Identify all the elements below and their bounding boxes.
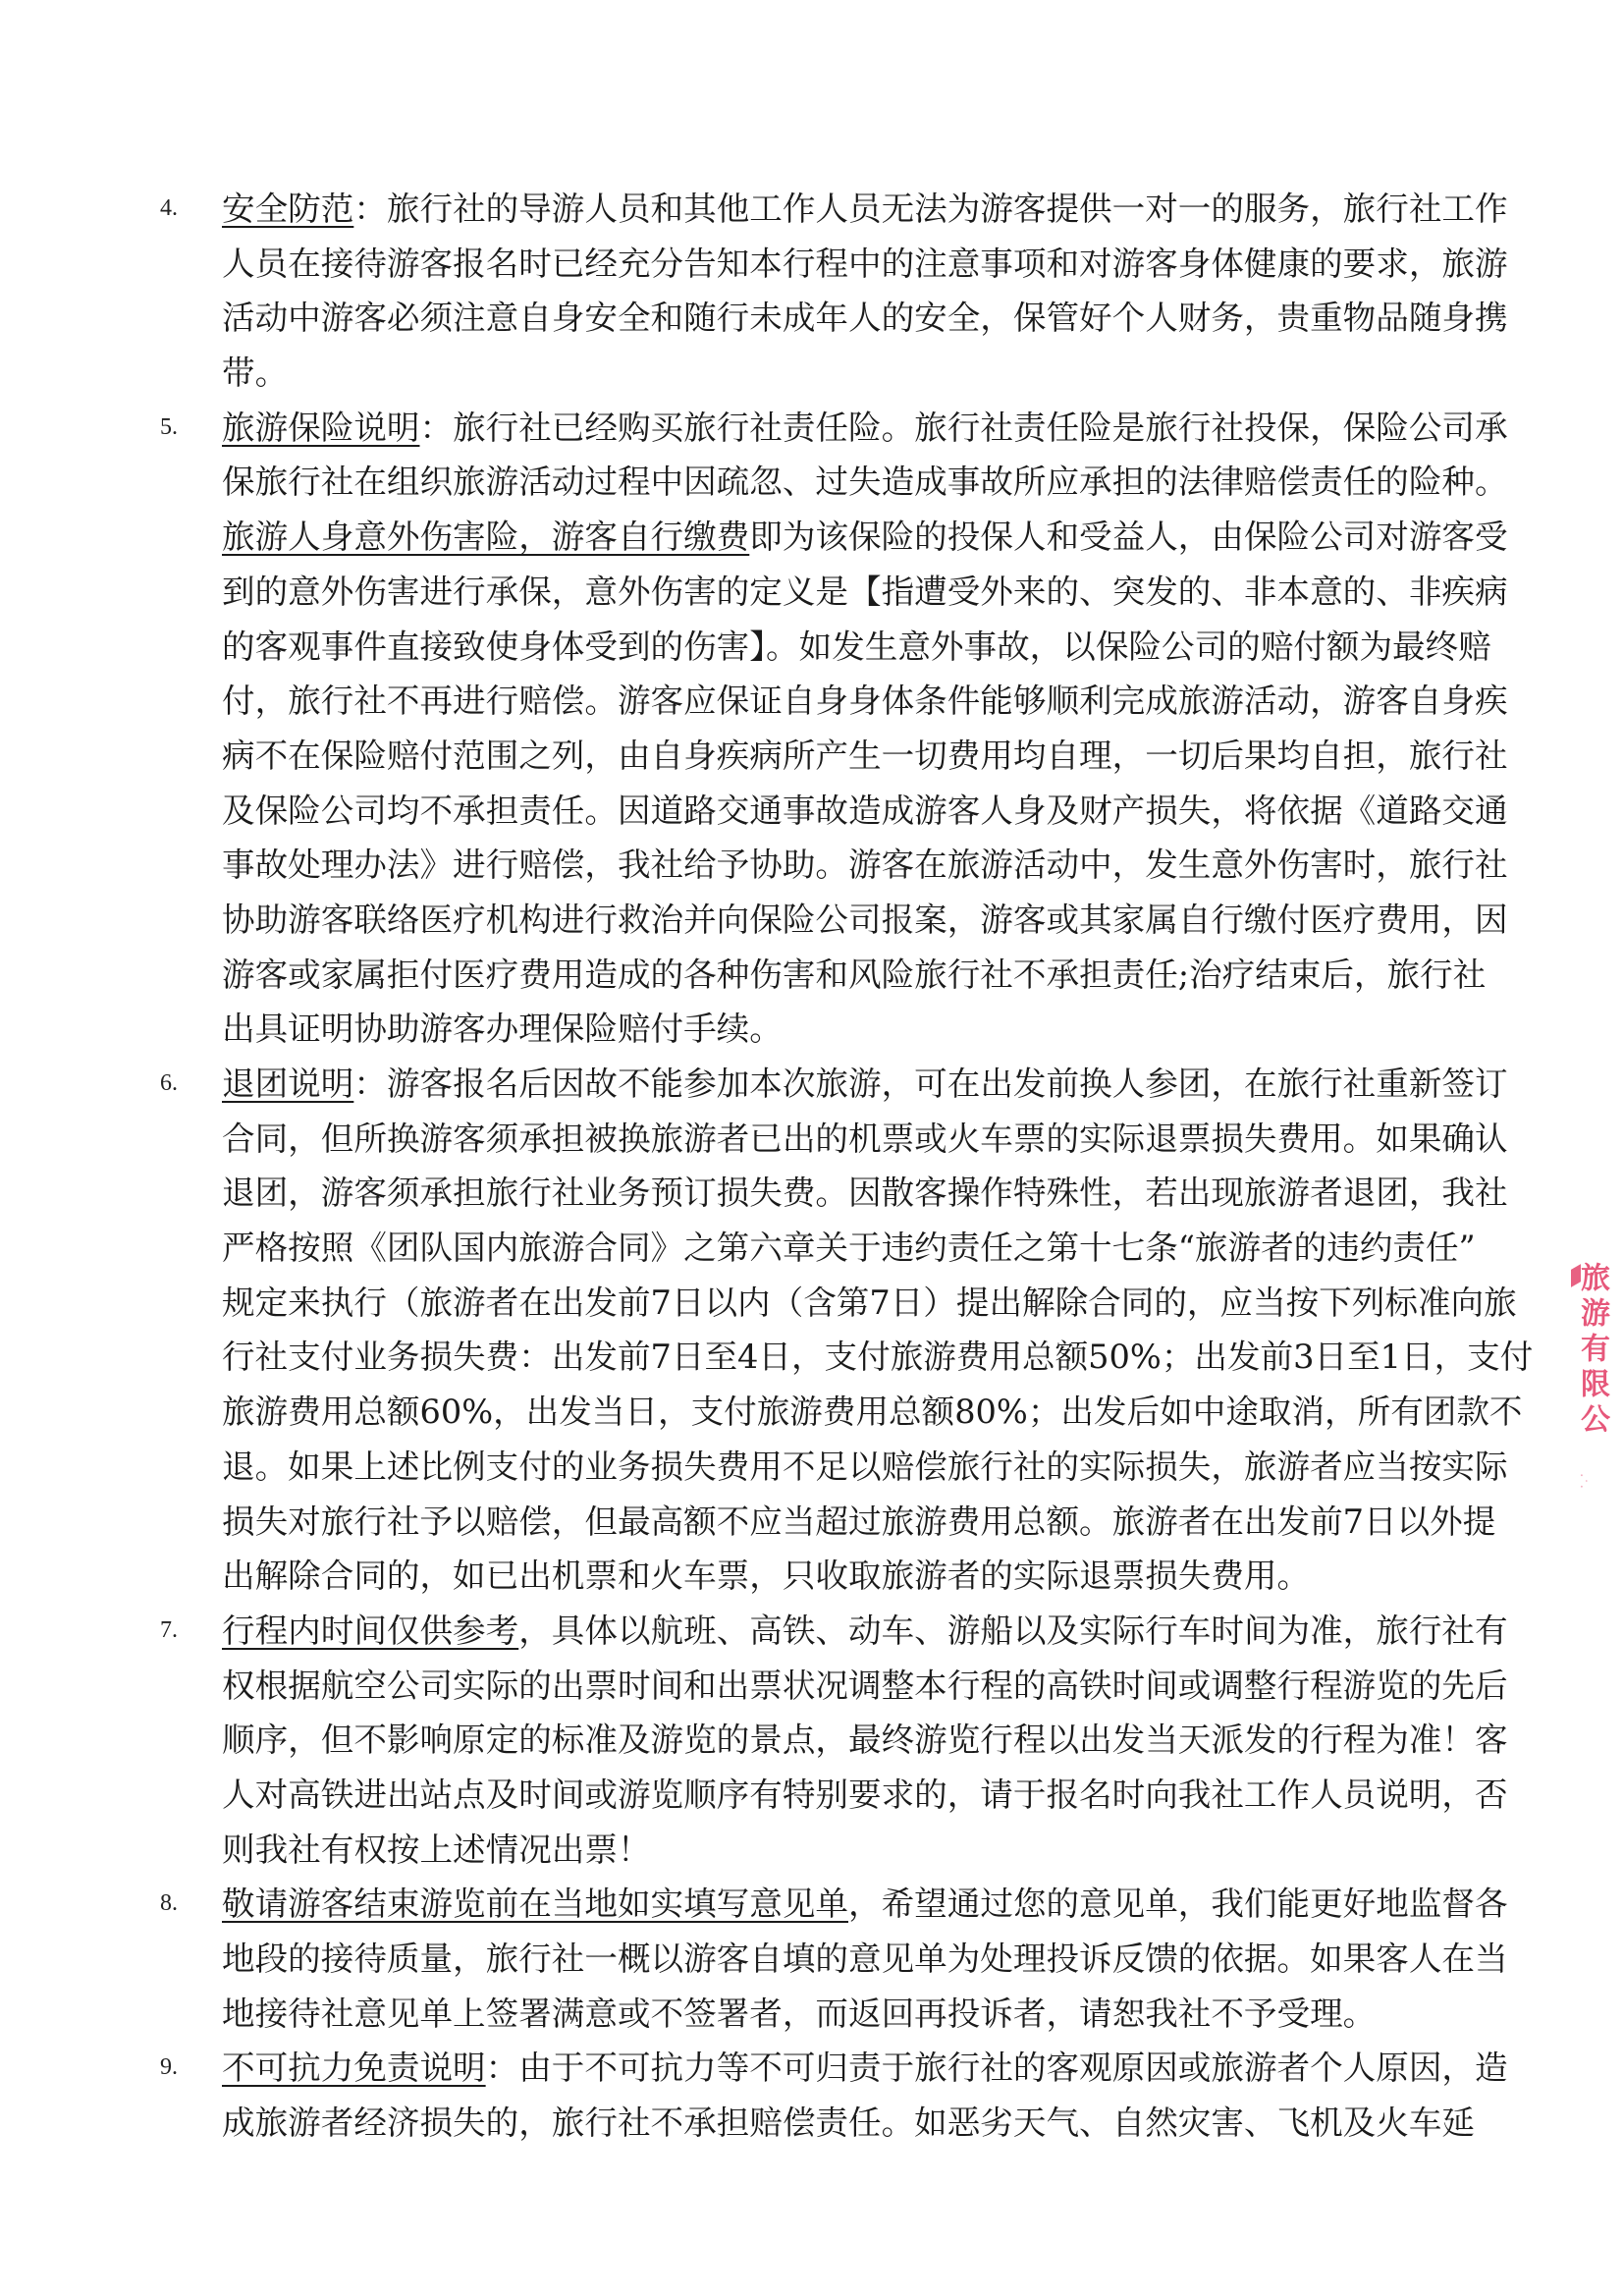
clause-text: 地接待社意见单上签署满意或不签署者，而返回再投诉者，请恕我社不予受理。	[222, 1995, 1376, 2033]
clause-line: 规定来执行（旅游者在出发前7日以内（含第7日）提出解除合同的，应当按下列标准向旅	[222, 1276, 1508, 1331]
clause-line: 出解除合同的，如已出机票和火车票，只收取旅游者的实际退票损失费用。	[222, 1549, 1508, 1604]
clause-line: 损失对旅行社予以赔偿，但最高额不应当超过旅游费用总额。旅游者在出发前7日以外提	[222, 1495, 1508, 1550]
clause-line: 敬请游客结束游览前在当地如实填写意见单，希望通过您的意见单，我们能更好地监督各	[222, 1877, 1508, 1932]
clause-line: 的客观事件直接致使身体受到的伤害】。如发生意外事故，以保险公司的赔付额为最终赔	[222, 620, 1508, 675]
clause-line: 出具证明协助游客办理保险赔付手续。	[222, 1002, 1508, 1057]
clause-text: ：旅行社的导游人员和其他工作人员无法为游客提供一对一的服务，旅行社工作	[353, 190, 1507, 228]
underlined-phrase: 旅游人身意外伤害险，游客自行缴费	[222, 518, 749, 556]
clause-text: 则我社有权按上述情况出票！	[222, 1831, 651, 1869]
clause-text: 规定来执行（旅游者在出发前7日以内（含第7日）提出解除合同的，应当按下列标准向旅	[222, 1284, 1517, 1322]
clause-number: 5.	[160, 401, 209, 456]
clause-text: 带。	[222, 354, 288, 392]
clause-text: ，希望通过您的意见单，我们能更好地监督各	[848, 1885, 1508, 1923]
clause-text: 到的意外伤害进行承保，意外伤害的定义是【指遭受外来的、突发的、非本意的、非疾病	[222, 573, 1508, 611]
clause-body: 旅游保险说明：旅行社已经购买旅行社责任险。旅行社责任险是旅行社投保，保险公司承 …	[222, 401, 1508, 1057]
clause-item-4: 4. 安全防范：旅行社的导游人员和其他工作人员无法为游客提供一对一的服务，旅行社…	[0, 182, 1623, 401]
clause-line: 游客或家属拒付医疗费用造成的各种伤害和风险旅行社不承担责任;治疗结束后，旅行社	[222, 948, 1508, 1003]
clause-text: 损失对旅行社予以赔偿，但最高额不应当超过旅游费用总额。旅游者在出发前7日以外提	[222, 1503, 1495, 1541]
clause-text: 出具证明协助游客办理保险赔付手续。	[222, 1010, 783, 1048]
clause-text: 及保险公司均不承担责任。因道路交通事故造成游客人身及财产损失，将依据《道路交通	[222, 792, 1508, 830]
clause-text: ：旅行社已经购买旅行社责任险。旅行社责任险是旅行社投保，保险公司承	[419, 409, 1507, 447]
clause-line: 人员在接待游客报名时已经充分告知本行程中的注意事项和对游客身体健康的要求，旅游	[222, 237, 1508, 292]
clause-number: 9.	[160, 2041, 209, 2096]
clause-item-6: 6. 退团说明：游客报名后因故不能参加本次旅游，可在出发前换人参团，在旅行社重新…	[0, 1057, 1623, 1604]
clause-text: 协助游客联络医疗机构进行救治并向保险公司报案，游客或其家属自行缴付医疗费用，因	[222, 901, 1508, 939]
clause-line: 病不在保险赔付范围之列，由自身疾病所产生一切费用均自理，一切后果均自担，旅行社	[222, 729, 1508, 784]
clause-item-9: 9. 不可抗力免责说明：由于不可抗力等不可归责于旅行社的客观原因或旅游者个人原因…	[0, 2041, 1623, 2150]
clause-line: 事故处理办法》进行赔偿，我社给予协助。游客在旅游活动中，发生意外伤害时，旅行社	[222, 838, 1508, 893]
clause-text: 付，旅行社不再进行赔偿。游客应保证自身身体条件能够顺利完成旅游活动，游客自身疾	[222, 682, 1508, 720]
clause-line: 地接待社意见单上签署满意或不签署者，而返回再投诉者，请恕我社不予受理。	[222, 1987, 1508, 2042]
clause-line: 旅游保险说明：旅行社已经购买旅行社责任险。旅行社责任险是旅行社投保，保险公司承	[222, 401, 1508, 456]
clause-text: 人员在接待游客报名时已经充分告知本行程中的注意事项和对游客身体健康的要求，旅游	[222, 245, 1508, 283]
clause-text: 合同，但所换游客须承担被换旅游者已出的机票或火车票的实际退票损失费用。如果确认	[222, 1120, 1508, 1158]
clause-line: 退团，游客须承担旅行社业务预订损失费。因散客操作特殊性，若出现旅游者退团，我社	[222, 1166, 1508, 1221]
clause-line: 行社支付业务损失费：出发前7日至4日，支付旅游费用总额50%；出发前3日至1日，…	[222, 1330, 1508, 1385]
clause-line: 及保险公司均不承担责任。因道路交通事故造成游客人身及财产损失，将依据《道路交通	[222, 784, 1508, 839]
clause-heading: 敬请游客结束游览前在当地如实填写意见单	[222, 1885, 848, 1923]
clause-line: 合同，但所换游客须承担被换旅游者已出的机票或火车票的实际退票损失费用。如果确认	[222, 1112, 1508, 1167]
clause-body: 退团说明：游客报名后因故不能参加本次旅游，可在出发前换人参团，在旅行社重新签订 …	[222, 1057, 1508, 1604]
clause-line: 成旅游者经济损失的，旅行社不承担赔偿责任。如恶劣天气、自然灾害、飞机及火车延	[222, 2096, 1508, 2151]
clause-text: 成旅游者经济损失的，旅行社不承担赔偿责任。如恶劣天气、自然灾害、飞机及火车延	[222, 2104, 1475, 2142]
clause-text: ：由于不可抗力等不可归责于旅行社的客观原因或旅游者个人原因，造	[486, 2049, 1508, 2087]
clause-text: 人对高铁进出站点及时间或游览顺序有特别要求的，请于报名时向我社工作人员说明，否	[222, 1776, 1508, 1814]
clause-text: 游客或家属拒付医疗费用造成的各种伤害和风险旅行社不承担责任;治疗结束后，旅行社	[222, 956, 1486, 994]
clause-line: 严格按照《团队国内旅游合同》之第六章关于违约责任之第十七条“旅游者的违约责任”	[222, 1221, 1508, 1276]
document-page: 4. 安全防范：旅行社的导游人员和其他工作人员无法为游客提供一对一的服务，旅行社…	[0, 182, 1623, 2151]
clause-heading: 旅游保险说明	[222, 409, 419, 447]
clause-text: 的客观事件直接致使身体受到的伤害】。如发生意外事故，以保险公司的赔付额为最终赔	[222, 628, 1491, 666]
clause-line: 退。如果上述比例支付的业务损失费用不足以赔偿旅行社的实际损失，旅游者应当按实际	[222, 1440, 1508, 1495]
clause-line: 付，旅行社不再进行赔偿。游客应保证自身身体条件能够顺利完成旅游活动，游客自身疾	[222, 674, 1508, 729]
clause-line: 旅游费用总额60%，出发当日，支付旅游费用总额80%；出发后如中途取消，所有团款…	[222, 1385, 1508, 1440]
clause-heading: 退团说明	[222, 1065, 353, 1103]
clause-line: 则我社有权按上述情况出票！	[222, 1823, 1508, 1878]
clause-text: 地段的接待质量，旅行社一概以游客自填的意见单为处理投诉反馈的依据。如果客人在当	[222, 1940, 1508, 1978]
clause-body: 安全防范：旅行社的导游人员和其他工作人员无法为游客提供一对一的服务，旅行社工作 …	[222, 182, 1508, 401]
clause-number: 7.	[160, 1604, 209, 1659]
clause-line: 活动中游客必须注意自身安全和随行未成年人的安全，保管好个人财务，贵重物品随身携	[222, 291, 1508, 346]
clause-line: 旅游人身意外伤害险，游客自行缴费即为该保险的投保人和受益人，由保险公司对游客受	[222, 510, 1508, 565]
clause-heading: 不可抗力免责说明	[222, 2049, 486, 2087]
clause-line: 到的意外伤害进行承保，意外伤害的定义是【指遭受外来的、突发的、非本意的、非疾病	[222, 565, 1508, 620]
clause-body: 不可抗力免责说明：由于不可抗力等不可归责于旅行社的客观原因或旅游者个人原因，造 …	[222, 2041, 1508, 2150]
clause-text: 权根据航空公司实际的出票时间和出票状况调整本行程的高铁时间或调整行程游览的先后	[222, 1667, 1508, 1705]
clause-line: 人对高铁进出站点及时间或游览顺序有特别要求的，请于报名时向我社工作人员说明，否	[222, 1768, 1508, 1823]
clause-heading: 行程内时间仅供参考	[222, 1612, 518, 1650]
clause-text: 行社支付业务损失费：出发前7日至4日，支付旅游费用总额50%；出发前3日至1日，…	[222, 1338, 1533, 1376]
clause-number: 8.	[160, 1877, 209, 1932]
clause-body: 敬请游客结束游览前在当地如实填写意见单，希望通过您的意见单，我们能更好地监督各 …	[222, 1877, 1508, 2041]
clause-line: 顺序，但不影响原定的标准及游览的景点，最终游览行程以出发当天派发的行程为准！客	[222, 1713, 1508, 1768]
clause-line: 退团说明：游客报名后因故不能参加本次旅游，可在出发前换人参团，在旅行社重新签订	[222, 1057, 1508, 1112]
clause-text: 出解除合同的，如已出机票和火车票，只收取旅游者的实际退票损失费用。	[222, 1557, 1310, 1595]
clause-text: 活动中游客必须注意自身安全和随行未成年人的安全，保管好个人财务，贵重物品随身携	[222, 299, 1508, 337]
clause-text: 病不在保险赔付范围之列，由自身疾病所产生一切费用均自理，一切后果均自担，旅行社	[222, 737, 1508, 775]
clause-line: 地段的接待质量，旅行社一概以游客自填的意见单为处理投诉反馈的依据。如果客人在当	[222, 1932, 1508, 1987]
stamp-speckle: ·˙·	[1573, 1473, 1589, 1489]
clause-number: 4.	[160, 182, 209, 237]
clause-text: 事故处理办法》进行赔偿，我社给予协助。游客在旅游活动中，发生意外伤害时，旅行社	[222, 846, 1508, 884]
clause-item-8: 8. 敬请游客结束游览前在当地如实填写意见单，希望通过您的意见单，我们能更好地监…	[0, 1877, 1623, 2041]
clause-item-5: 5. 旅游保险说明：旅行社已经购买旅行社责任险。旅行社责任险是旅行社投保，保险公…	[0, 401, 1623, 1057]
clause-line: 行程内时间仅供参考，具体以航班、高铁、动车、游船以及实际行车时间为准，旅行社有	[222, 1604, 1508, 1659]
clause-text: ：游客报名后因故不能参加本次旅游，可在出发前换人参团，在旅行社重新签订	[353, 1065, 1507, 1103]
clause-item-7: 7. 行程内时间仅供参考，具体以航班、高铁、动车、游船以及实际行车时间为准，旅行…	[0, 1604, 1623, 1877]
clause-line: 安全防范：旅行社的导游人员和其他工作人员无法为游客提供一对一的服务，旅行社工作	[222, 182, 1508, 237]
clause-number: 6.	[160, 1057, 209, 1112]
clause-line: 协助游客联络医疗机构进行救治并向保险公司报案，游客或其家属自行缴付医疗费用，因	[222, 893, 1508, 948]
clause-text: 保旅行社在组织旅游活动过程中因疏忽、过失造成事故所应承担的法律赔偿责任的险种。	[222, 463, 1508, 501]
clause-text: 顺序，但不影响原定的标准及游览的景点，最终游览行程以出发当天派发的行程为准！客	[222, 1721, 1508, 1759]
clause-line: 保旅行社在组织旅游活动过程中因疏忽、过失造成事故所应承担的法律赔偿责任的险种。	[222, 455, 1508, 510]
clause-text: 即为该保险的投保人和受益人，由保险公司对游客受	[749, 518, 1507, 556]
clause-text: 退。如果上述比例支付的业务损失费用不足以赔偿旅行社的实际损失，旅游者应当按实际	[222, 1448, 1508, 1486]
clause-text: ，具体以航班、高铁、动车、游船以及实际行车时间为准，旅行社有	[518, 1612, 1507, 1650]
clause-text: 严格按照《团队国内旅游合同》之第六章关于违约责任之第十七条“旅游者的违约责任”	[222, 1229, 1476, 1267]
clause-line: 带。	[222, 346, 1508, 401]
clause-body: 行程内时间仅供参考，具体以航班、高铁、动车、游船以及实际行车时间为准，旅行社有 …	[222, 1604, 1508, 1877]
clause-line: 权根据航空公司实际的出票时间和出票状况调整本行程的高铁时间或调整行程游览的先后	[222, 1659, 1508, 1714]
clause-text: 旅游费用总额60%，出发当日，支付旅游费用总额80%；出发后如中途取消，所有团款…	[222, 1393, 1523, 1431]
clause-text: 退团，游客须承担旅行社业务预订损失费。因散客操作特殊性，若出现旅游者退团，我社	[222, 1174, 1508, 1212]
clause-line: 不可抗力免责说明：由于不可抗力等不可归责于旅行社的客观原因或旅游者个人原因，造	[222, 2041, 1508, 2096]
clause-heading: 安全防范	[222, 190, 353, 228]
